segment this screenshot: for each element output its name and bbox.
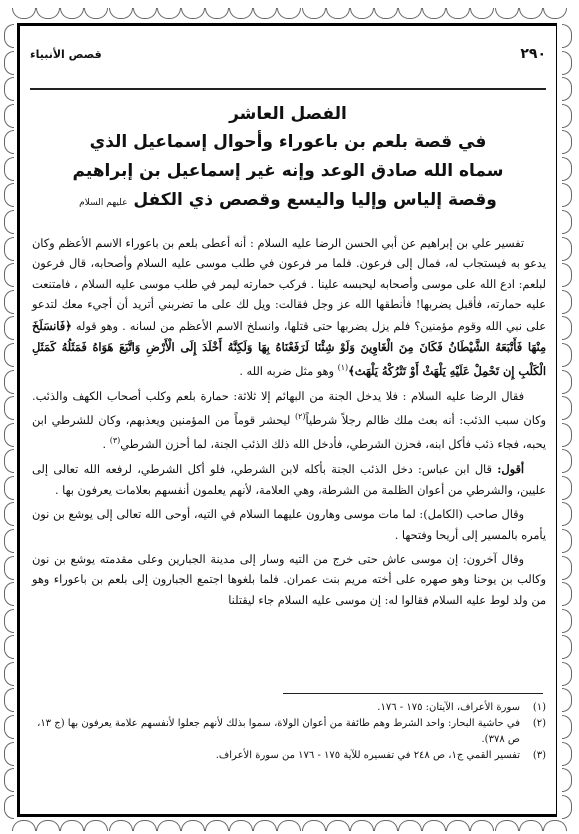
chapter-number: الفصل العاشر [30,100,546,128]
paragraph-2-end: . [103,438,110,451]
decorative-border-bottom [12,820,567,834]
paragraph-2: فقال الرضا عليه السلام : فلا يدخل الجنة … [32,387,546,456]
paragraph-5: وقال آخرون: إن موسى عاش حتى خرج من التيه… [32,550,546,611]
footnote-2: (٢) في حاشية البحار: واحد الشرط وهم طائف… [32,716,546,748]
decorative-border-left [4,24,16,819]
footnote-ref-1[interactable]: (١) [338,363,349,372]
chapter-title-line-2: سماه الله صادق الوعد وإنه غير إسماعيل بن… [30,157,546,186]
paragraph-3-lead: أقول: [497,462,524,476]
footnote-number: (١) [520,700,546,716]
decorative-border-right [562,24,574,819]
paragraph-1-end: وهو مثل ضربه الله . [239,365,337,378]
footnote-1: (١) سورة الأعراف، الآيتان: ١٧٥ - ١٧٦. [32,700,546,716]
footnote-text: تفسير القمي ج١، ص ٢٤٨ في تفسيره للآية ١٧… [32,748,520,764]
chapter-heading: الفصل العاشر في قصة بلعم بن باعوراء وأحو… [30,100,546,218]
footnote-number: (٢) [520,716,546,748]
chapter-title-line-1: في قصة بلعم بن باعوراء وأحوال إسماعيل ال… [30,128,546,157]
footnote-divider [283,693,543,694]
footnote-ref-2[interactable]: (٢) [295,412,306,421]
book-title: قصص الأنبياء [30,48,102,61]
paragraph-4: وقال صاحب (الكامل): لما مات موسى وهارون … [32,505,546,546]
decorative-border-top [12,8,567,22]
footnote-ref-3[interactable]: (٣) [110,436,121,445]
footnote-3: (٣) تفسير القمي ج١، ص ٢٤٨ في تفسيره للآي… [32,748,546,764]
paragraph-1: تفسير علي بن إبراهيم عن أبي الحسن الرضا … [32,234,546,383]
page-number: ٢٩٠ [520,46,546,62]
chapter-title-line-3: وقصة إلياس وإليا واليسع وقصص ذي الكفل عل… [30,186,546,218]
running-header: ٢٩٠ قصص الأنبياء [30,44,546,64]
chapter-title-line-3-text: وقصة إلياس وإليا واليسع وقصص ذي الكفل [133,190,496,210]
honorific-icon: عليهم السلام [79,198,127,208]
footnotes: (١) سورة الأعراف، الآيتان: ١٧٥ - ١٧٦. (٢… [32,700,546,764]
body-text: تفسير علي بن إبراهيم عن أبي الحسن الرضا … [32,234,546,615]
footnote-text: سورة الأعراف، الآيتان: ١٧٥ - ١٧٦. [32,700,520,716]
footnote-text: في حاشية البحار: واحد الشرط وهم طائفة من… [32,716,520,748]
paragraph-1-text: تفسير علي بن إبراهيم عن أبي الحسن الرضا … [32,237,546,333]
footnote-number: (٣) [520,748,546,764]
paragraph-3-text: قال ابن عباس: دخل الذئب الجنة بأكله لابن… [32,463,546,496]
paragraph-3: أقول: قال ابن عباس: دخل الذئب الجنة بأكل… [32,459,546,501]
header-divider [30,88,546,90]
